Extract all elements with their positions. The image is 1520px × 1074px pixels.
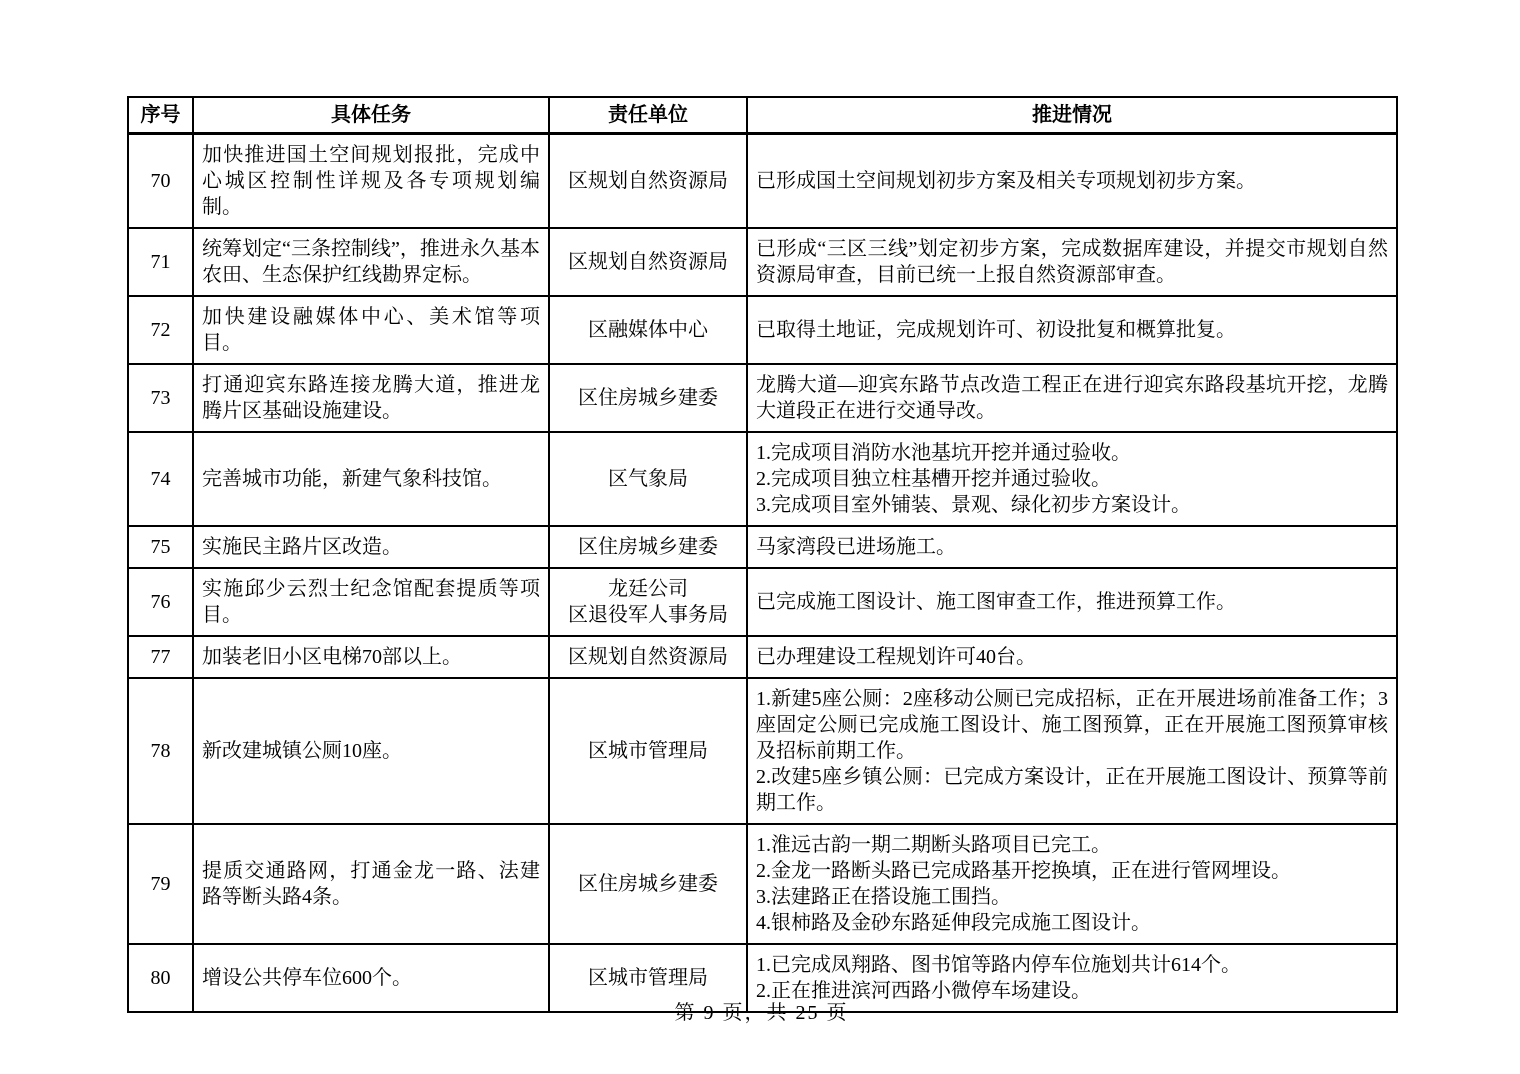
cell-responsible-unit: 区规划自然资源局 xyxy=(549,636,747,678)
cell-serial-number: 74 xyxy=(128,432,193,526)
cell-task: 加快建设融媒体中心、美术馆等项目。 xyxy=(193,296,549,364)
table-row: 74完善城市功能，新建气象科技馆。区气象局1.完成项目消防水池基坑开挖并通过验收… xyxy=(128,432,1397,526)
cell-progress-status: 已取得土地证，完成规划许可、初设批复和概算批复。 xyxy=(747,296,1397,364)
table-row: 70加快推进国土空间规划报批，完成中心城区控制性详规及各专项规划编制。区规划自然… xyxy=(128,134,1397,229)
cell-progress-status: 1.淮远古韵一期二期断头路项目已完工。 2.金龙一路断头路已完成路基开挖换填，正… xyxy=(747,824,1397,944)
task-progress-table: 序号具体任务责任单位推进情况 70加快推进国土空间规划报批，完成中心城区控制性详… xyxy=(127,96,1398,1013)
cell-responsible-unit: 区住房城乡建委 xyxy=(549,364,747,432)
document-page: 序号具体任务责任单位推进情况 70加快推进国土空间规划报批，完成中心城区控制性详… xyxy=(0,0,1520,1074)
cell-progress-status: 已形成国土空间规划初步方案及相关专项规划初步方案。 xyxy=(747,134,1397,229)
cell-progress-status: 已办理建设工程规划许可40台。 xyxy=(747,636,1397,678)
header-cell: 序号 xyxy=(128,97,193,134)
cell-serial-number: 77 xyxy=(128,636,193,678)
header-cell: 具体任务 xyxy=(193,97,549,134)
cell-progress-status: 马家湾段已进场施工。 xyxy=(747,526,1397,568)
cell-responsible-unit: 区规划自然资源局 xyxy=(549,134,747,229)
cell-responsible-unit: 区融媒体中心 xyxy=(549,296,747,364)
table-row: 79提质交通路网，打通金龙一路、法建路等断头路4条。区住房城乡建委1.淮远古韵一… xyxy=(128,824,1397,944)
cell-serial-number: 72 xyxy=(128,296,193,364)
cell-task: 统筹划定“三条控制线”，推进永久基本农田、生态保护红线勘界定标。 xyxy=(193,228,549,296)
cell-serial-number: 79 xyxy=(128,824,193,944)
cell-progress-status: 1.新建5座公厕：2座移动公厕已完成招标，正在开展进场前准备工作；3座固定公厕已… xyxy=(747,678,1397,824)
page-number-footer: 第 9 页，共 25 页 xyxy=(127,996,1396,1025)
cell-serial-number: 76 xyxy=(128,568,193,636)
table-header-row: 序号具体任务责任单位推进情况 xyxy=(128,97,1397,134)
cell-task: 新改建城镇公厕10座。 xyxy=(193,678,549,824)
cell-task: 加快推进国土空间规划报批，完成中心城区控制性详规及各专项规划编制。 xyxy=(193,134,549,229)
cell-responsible-unit: 区城市管理局 xyxy=(549,678,747,824)
cell-responsible-unit: 区住房城乡建委 xyxy=(549,824,747,944)
table-row: 72加快建设融媒体中心、美术馆等项目。区融媒体中心已取得土地证，完成规划许可、初… xyxy=(128,296,1397,364)
table-row: 71统筹划定“三条控制线”，推进永久基本农田、生态保护红线勘界定标。区规划自然资… xyxy=(128,228,1397,296)
cell-task: 实施民主路片区改造。 xyxy=(193,526,549,568)
table-row: 76实施邱少云烈士纪念馆配套提质等项目。龙廷公司 区退役军人事务局已完成施工图设… xyxy=(128,568,1397,636)
table-row: 77加装老旧小区电梯70部以上。区规划自然资源局已办理建设工程规划许可40台。 xyxy=(128,636,1397,678)
cell-serial-number: 75 xyxy=(128,526,193,568)
cell-progress-status: 1.完成项目消防水池基坑开挖并通过验收。 2.完成项目独立柱基槽开挖并通过验收。… xyxy=(747,432,1397,526)
table-row: 75实施民主路片区改造。区住房城乡建委马家湾段已进场施工。 xyxy=(128,526,1397,568)
cell-progress-status: 龙腾大道—迎宾东路节点改造工程正在进行迎宾东路段基坑开挖，龙腾大道段正在进行交通… xyxy=(747,364,1397,432)
cell-task: 实施邱少云烈士纪念馆配套提质等项目。 xyxy=(193,568,549,636)
cell-responsible-unit: 区住房城乡建委 xyxy=(549,526,747,568)
cell-task: 完善城市功能，新建气象科技馆。 xyxy=(193,432,549,526)
cell-serial-number: 78 xyxy=(128,678,193,824)
cell-responsible-unit: 区气象局 xyxy=(549,432,747,526)
table-row: 78新改建城镇公厕10座。区城市管理局1.新建5座公厕：2座移动公厕已完成招标，… xyxy=(128,678,1397,824)
cell-progress-status: 已形成“三区三线”划定初步方案，完成数据库建设，并提交市规划自然资源局审查，目前… xyxy=(747,228,1397,296)
header-cell: 推进情况 xyxy=(747,97,1397,134)
cell-progress-status: 已完成施工图设计、施工图审查工作，推进预算工作。 xyxy=(747,568,1397,636)
cell-responsible-unit: 龙廷公司 区退役军人事务局 xyxy=(549,568,747,636)
cell-task: 打通迎宾东路连接龙腾大道，推进龙腾片区基础设施建设。 xyxy=(193,364,549,432)
cell-serial-number: 71 xyxy=(128,228,193,296)
cell-task: 提质交通路网，打通金龙一路、法建路等断头路4条。 xyxy=(193,824,549,944)
table-row: 73打通迎宾东路连接龙腾大道，推进龙腾片区基础设施建设。区住房城乡建委龙腾大道—… xyxy=(128,364,1397,432)
cell-serial-number: 73 xyxy=(128,364,193,432)
cell-serial-number: 70 xyxy=(128,134,193,229)
cell-task: 加装老旧小区电梯70部以上。 xyxy=(193,636,549,678)
table-body: 70加快推进国土空间规划报批，完成中心城区控制性详规及各专项规划编制。区规划自然… xyxy=(128,134,1397,1013)
header-cell: 责任单位 xyxy=(549,97,747,134)
cell-responsible-unit: 区规划自然资源局 xyxy=(549,228,747,296)
